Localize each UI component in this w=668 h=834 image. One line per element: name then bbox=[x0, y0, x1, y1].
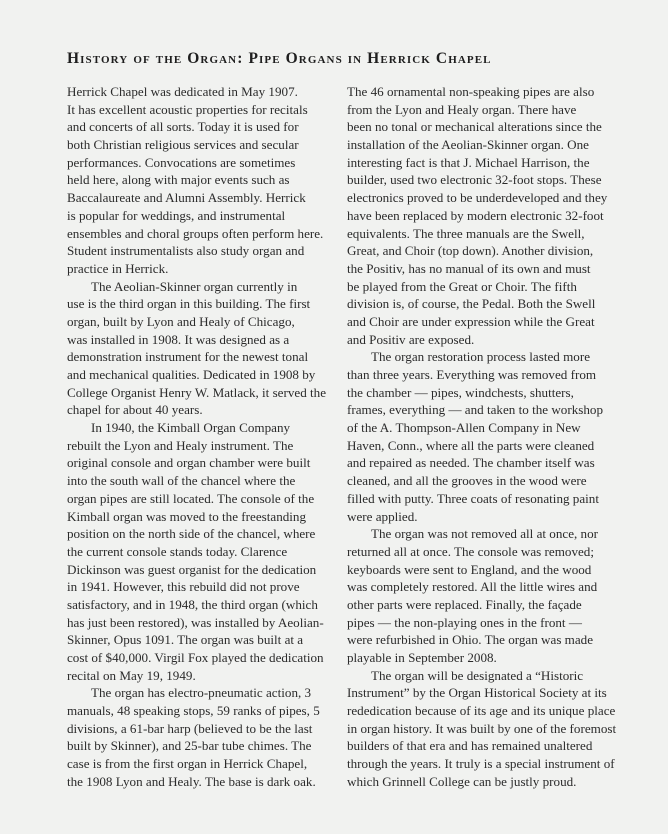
text-line: recital on May 19, 1949. bbox=[67, 667, 342, 685]
text-line: the 1908 Lyon and Healy. The base is dar… bbox=[67, 773, 342, 791]
text-line: organ pipes are still located. The conso… bbox=[67, 490, 342, 508]
text-line: installation of the Aeolian-Skinner orga… bbox=[347, 136, 622, 154]
text-line: The organ was not removed all at once, n… bbox=[347, 525, 622, 543]
text-line: satisfactory, and in 1948, the third org… bbox=[67, 596, 342, 614]
text-line: original console and organ chamber were … bbox=[67, 454, 342, 472]
text-line: in 1941. However, this rebuild did not p… bbox=[67, 578, 342, 596]
text-line: was completely restored. All the little … bbox=[347, 578, 622, 596]
text-line: practice in Herrick. bbox=[67, 260, 342, 278]
text-line: interesting fact is that J. Michael Harr… bbox=[347, 154, 622, 172]
text-line: held here, along with major events such … bbox=[67, 171, 342, 189]
text-line: in organ history. It was built by one of… bbox=[347, 720, 622, 738]
text-line: and mechanical qualities. Dedicated in 1… bbox=[67, 366, 342, 384]
text-line: the Positiv, has no manual of its own an… bbox=[347, 260, 622, 278]
text-line: and concerts of all sorts. Today it is u… bbox=[67, 118, 342, 136]
text-line: ensembles and choral groups often perfor… bbox=[67, 225, 342, 243]
text-line: have been replaced by modern electronic … bbox=[347, 207, 622, 225]
text-line: organ, built by Lyon and Healy of Chicag… bbox=[67, 313, 342, 331]
text-line: performances. Convocations are sometimes bbox=[67, 154, 342, 172]
text-line: from the Lyon and Healy organ. There hav… bbox=[347, 101, 622, 119]
document-page: History of the Organ: Pipe Organs in Her… bbox=[0, 0, 668, 834]
text-line: both Christian religious services and se… bbox=[67, 136, 342, 154]
text-line: use is the third organ in this building.… bbox=[67, 295, 342, 313]
text-line: and Positiv are exposed. bbox=[347, 331, 622, 349]
text-line: into the south wall of the chancel where… bbox=[67, 472, 342, 490]
text-line: divisions, a 61-bar harp (believed to be… bbox=[67, 720, 342, 738]
text-line: pipes — the non-playing ones in the fron… bbox=[347, 614, 622, 632]
text-line: The organ will be designated a “Historic bbox=[347, 667, 622, 685]
right-column: The 46 ornamental non-speaking pipes are… bbox=[347, 83, 622, 791]
text-line: manuals, 48 speaking stops, 59 ranks of … bbox=[67, 702, 342, 720]
text-line: frames, everything — and taken to the wo… bbox=[347, 401, 622, 419]
text-line: College Organist Henry W. Matlack, it se… bbox=[67, 384, 342, 402]
text-line: It has excellent acoustic properties for… bbox=[67, 101, 342, 119]
text-line: returned all at once. The console was re… bbox=[347, 543, 622, 561]
text-line: Instrument” by the Organ Historical Soci… bbox=[347, 684, 622, 702]
text-line: The organ restoration process lasted mor… bbox=[347, 348, 622, 366]
text-line: rededication because of its age and its … bbox=[347, 702, 622, 720]
text-line: Student instrumentalists also study orga… bbox=[67, 242, 342, 260]
text-line: demonstration instrument for the newest … bbox=[67, 348, 342, 366]
text-line: was installed in 1908. It was designed a… bbox=[67, 331, 342, 349]
text-line: Kimball organ was moved to the freestand… bbox=[67, 508, 342, 526]
text-line: builder, used two electronic 32-foot sto… bbox=[347, 171, 622, 189]
text-line: division is, of course, the Pedal. Both … bbox=[347, 295, 622, 313]
text-line: were refurbished in Ohio. The organ was … bbox=[347, 631, 622, 649]
text-line: In 1940, the Kimball Organ Company bbox=[67, 419, 342, 437]
text-line: builders of that era and has remained un… bbox=[347, 737, 622, 755]
text-line: cleaned, and all the grooves in the wood… bbox=[347, 472, 622, 490]
text-line: electronics proved to be underdeveloped … bbox=[347, 189, 622, 207]
left-column: Herrick Chapel was dedicated in May 1907… bbox=[67, 83, 342, 791]
text-line: been no tonal or mechanical alterations … bbox=[347, 118, 622, 136]
text-line: keyboards were sent to England, and the … bbox=[347, 561, 622, 579]
text-line: chapel for about 40 years. bbox=[67, 401, 342, 419]
text-line: Skinner, Opus 1091. The organ was built … bbox=[67, 631, 342, 649]
text-line: has just been restored), was installed b… bbox=[67, 614, 342, 632]
text-line: through the years. It truly is a special… bbox=[347, 755, 622, 773]
page-title: History of the Organ: Pipe Organs in Her… bbox=[67, 50, 492, 68]
text-line: playable in September 2008. bbox=[347, 649, 622, 667]
text-line: equivalents. The three manuals are the S… bbox=[347, 225, 622, 243]
text-line: the chamber — pipes, windchests, shutter… bbox=[347, 384, 622, 402]
text-line: rebuilt the Lyon and Healy instrument. T… bbox=[67, 437, 342, 455]
text-line: case is from the first organ in Herrick … bbox=[67, 755, 342, 773]
text-line: the current console stands today. Claren… bbox=[67, 543, 342, 561]
text-line: The organ has electro-pneumatic action, … bbox=[67, 684, 342, 702]
text-line: than three years. Everything was removed… bbox=[347, 366, 622, 384]
text-line: of the A. Thompson-Allen Company in New bbox=[347, 419, 622, 437]
text-line: and Choir are under expression while the… bbox=[347, 313, 622, 331]
text-line: Haven, Conn., where all the parts were c… bbox=[347, 437, 622, 455]
text-line: which Grinnell College can be justly pro… bbox=[347, 773, 622, 791]
text-line: be played from the Great or Choir. The f… bbox=[347, 278, 622, 296]
text-line: Dickinson was guest organist for the ded… bbox=[67, 561, 342, 579]
text-line: were applied. bbox=[347, 508, 622, 526]
text-line: cost of $40,000. Virgil Fox played the d… bbox=[67, 649, 342, 667]
text-line: Great, and Choir (top down). Another div… bbox=[347, 242, 622, 260]
text-line: Baccalaureate and Alumni Assembly. Herri… bbox=[67, 189, 342, 207]
text-line: built by Skinner), and 25-bar tube chime… bbox=[67, 737, 342, 755]
text-line: The Aeolian-Skinner organ currently in bbox=[67, 278, 342, 296]
text-line: filled with putty. Three coats of resona… bbox=[347, 490, 622, 508]
text-line: is popular for weddings, and instrumenta… bbox=[67, 207, 342, 225]
text-line: position on the north side of the chance… bbox=[67, 525, 342, 543]
text-line: and repaired as needed. The chamber itse… bbox=[347, 454, 622, 472]
text-line: The 46 ornamental non-speaking pipes are… bbox=[347, 83, 622, 101]
text-line: Herrick Chapel was dedicated in May 1907… bbox=[67, 83, 342, 101]
text-line: other parts were replaced. Finally, the … bbox=[347, 596, 622, 614]
